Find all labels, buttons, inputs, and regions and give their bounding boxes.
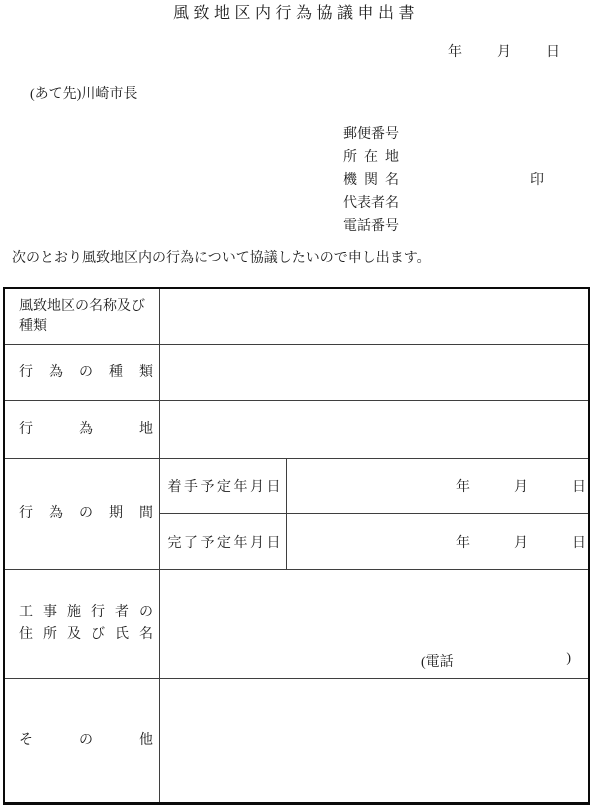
- seal-mark: 印: [530, 169, 544, 189]
- table-row: 行為の種類: [4, 345, 589, 401]
- applicant-block: 郵便番号 所在地 機関名 印 代表者名 電話番号: [0, 121, 592, 236]
- representative-line: 代表者名: [343, 190, 592, 213]
- table-row: 風致地区の名称及び 種類: [4, 288, 589, 345]
- phone-label: 電話番号: [343, 215, 399, 235]
- postal-code-line: 郵便番号: [343, 121, 592, 144]
- end-date-ymd-fields: 年月日: [456, 532, 586, 552]
- organization-line: 機関名 印: [343, 167, 592, 190]
- end-date-input-area[interactable]: 年月日: [286, 514, 589, 570]
- end-date-label: 完了予定年月日: [160, 532, 286, 552]
- form-page: 風致地区内行為協議申出書 年月日 (あて先)川崎市長 郵便番号 所在地 機関名 …: [0, 0, 592, 806]
- intro-sentence: 次のとおり風致地区内の行為について協議したいので申し出ます。: [0, 250, 592, 267]
- table-row: 工事施行者の 住所及び氏名 (電話): [4, 570, 589, 679]
- contractor-label-cell: 工事施行者の 住所及び氏名: [4, 570, 159, 679]
- contractor-input-area[interactable]: (電話): [159, 570, 589, 679]
- organization-label: 機関名: [343, 169, 399, 189]
- contractor-label: 工事施行者の 住所及び氏名: [19, 602, 153, 646]
- table-row: その他: [4, 679, 589, 804]
- act-type-label-cell: 行為の種類: [4, 345, 159, 401]
- act-site-label: 行為地: [19, 420, 153, 440]
- form-title: 風致地区内行為協議申出書: [0, 0, 592, 24]
- district-label: 風致地区の名称及び 種類: [19, 297, 153, 337]
- start-date-label-cell: 着手予定年月日: [159, 459, 286, 514]
- table-row: 行為地: [4, 401, 589, 459]
- period-label-cell: 行為の期間: [4, 459, 159, 570]
- district-label-line2: 種類: [19, 317, 153, 337]
- other-label-cell: その他: [4, 679, 159, 804]
- act-site-label-cell: 行為地: [4, 401, 159, 459]
- act-type-label: 行為の種類: [19, 363, 153, 383]
- phone-line: 電話番号: [343, 213, 592, 236]
- start-date-ymd-fields: 年月日: [456, 476, 586, 496]
- contractor-label-line2: 住所及び氏名: [19, 624, 153, 646]
- address-line: 所在地: [343, 144, 592, 167]
- contractor-phone-field: (電話): [421, 651, 571, 671]
- postal-code-label: 郵便番号: [343, 123, 399, 143]
- other-input-area[interactable]: [159, 679, 589, 804]
- application-form-table: 風致地区の名称及び 種類 行為の種類 行為地 行為の期間 着手予定年月日: [3, 287, 590, 805]
- representative-label: 代表者名: [343, 192, 399, 212]
- addressee: (あて先)川崎市長: [0, 86, 592, 103]
- address-label: 所在地: [343, 146, 399, 166]
- date-ymd-fields: 年月日: [448, 44, 560, 61]
- act-site-input-area[interactable]: [159, 401, 589, 459]
- district-input-area[interactable]: [159, 288, 589, 345]
- contractor-label-line1: 工事施行者の: [19, 602, 153, 624]
- period-label: 行為の期間: [19, 504, 153, 524]
- act-type-input-area[interactable]: [159, 345, 589, 401]
- table-row: 行為の期間 着手予定年月日 年月日: [4, 459, 589, 514]
- other-label: その他: [19, 731, 153, 751]
- date-line: 年月日: [0, 44, 560, 61]
- district-label-cell: 風致地区の名称及び 種類: [4, 288, 159, 345]
- end-date-label-cell: 完了予定年月日: [159, 514, 286, 570]
- start-date-label: 着手予定年月日: [160, 476, 286, 496]
- district-label-line1: 風致地区の名称及び: [19, 297, 153, 317]
- start-date-input-area[interactable]: 年月日: [286, 459, 589, 514]
